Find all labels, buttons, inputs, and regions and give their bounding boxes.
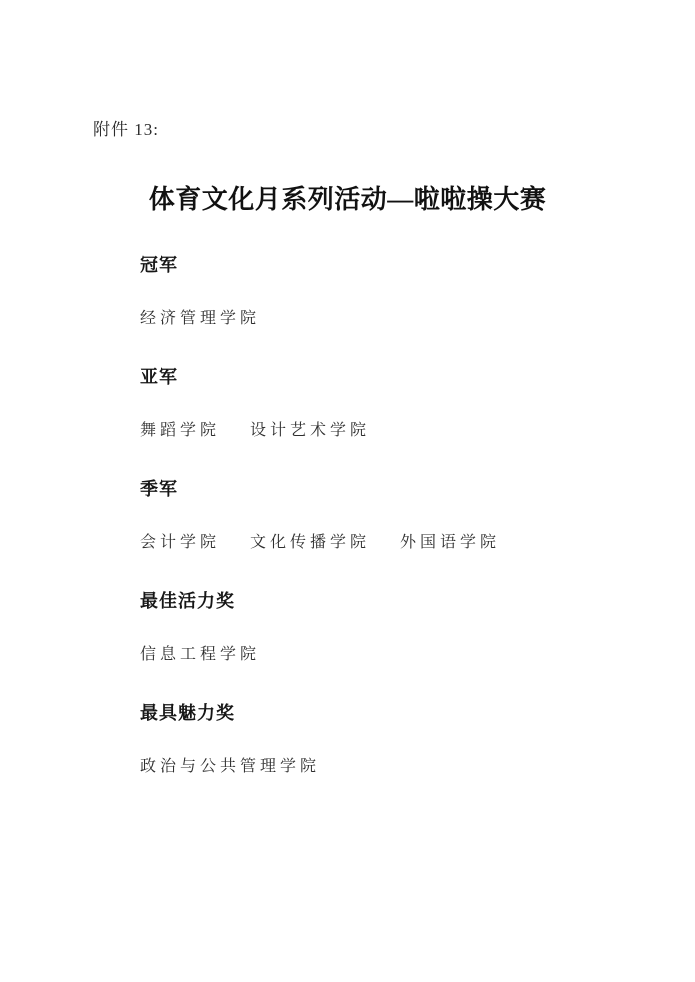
- award-sections: 冠军 经济管理学院 亚军 舞蹈学院设计艺术学院 季军 会计学院文化传播学院外国语…: [140, 255, 620, 815]
- award-title: 冠军: [140, 255, 620, 275]
- document-title: 体育文化月系列活动—啦啦操大赛: [0, 179, 695, 216]
- award-section: 最佳活力奖 信息工程学院: [140, 591, 620, 665]
- winner-name: 设计艺术学院: [250, 421, 370, 441]
- winner-list: 会计学院文化传播学院外国语学院: [140, 533, 620, 553]
- attachment-label: 附件 13:: [93, 115, 159, 140]
- award-title: 季军: [140, 479, 620, 499]
- award-section: 季军 会计学院文化传播学院外国语学院: [140, 479, 620, 553]
- winner-list: 经济管理学院: [140, 309, 620, 329]
- winner-name: 会计学院: [140, 533, 220, 553]
- award-section: 最具魅力奖 政治与公共管理学院: [140, 703, 620, 777]
- winner-name: 舞蹈学院: [140, 421, 220, 441]
- award-title: 最佳活力奖: [140, 591, 620, 611]
- award-section: 亚军 舞蹈学院设计艺术学院: [140, 367, 620, 441]
- winner-name: 外国语学院: [400, 533, 500, 553]
- winner-name: 政治与公共管理学院: [140, 757, 320, 777]
- winner-name: 文化传播学院: [250, 533, 370, 553]
- winner-list: 舞蹈学院设计艺术学院: [140, 421, 620, 441]
- award-section: 冠军 经济管理学院: [140, 255, 620, 329]
- award-title: 亚军: [140, 367, 620, 387]
- winner-list: 政治与公共管理学院: [140, 757, 620, 777]
- document-page: 附件 13: 体育文化月系列活动—啦啦操大赛 冠军 经济管理学院 亚军 舞蹈学院…: [0, 0, 695, 982]
- winner-name: 经济管理学院: [140, 309, 260, 329]
- winner-name: 信息工程学院: [140, 645, 260, 665]
- award-title: 最具魅力奖: [140, 703, 620, 723]
- winner-list: 信息工程学院: [140, 645, 620, 665]
